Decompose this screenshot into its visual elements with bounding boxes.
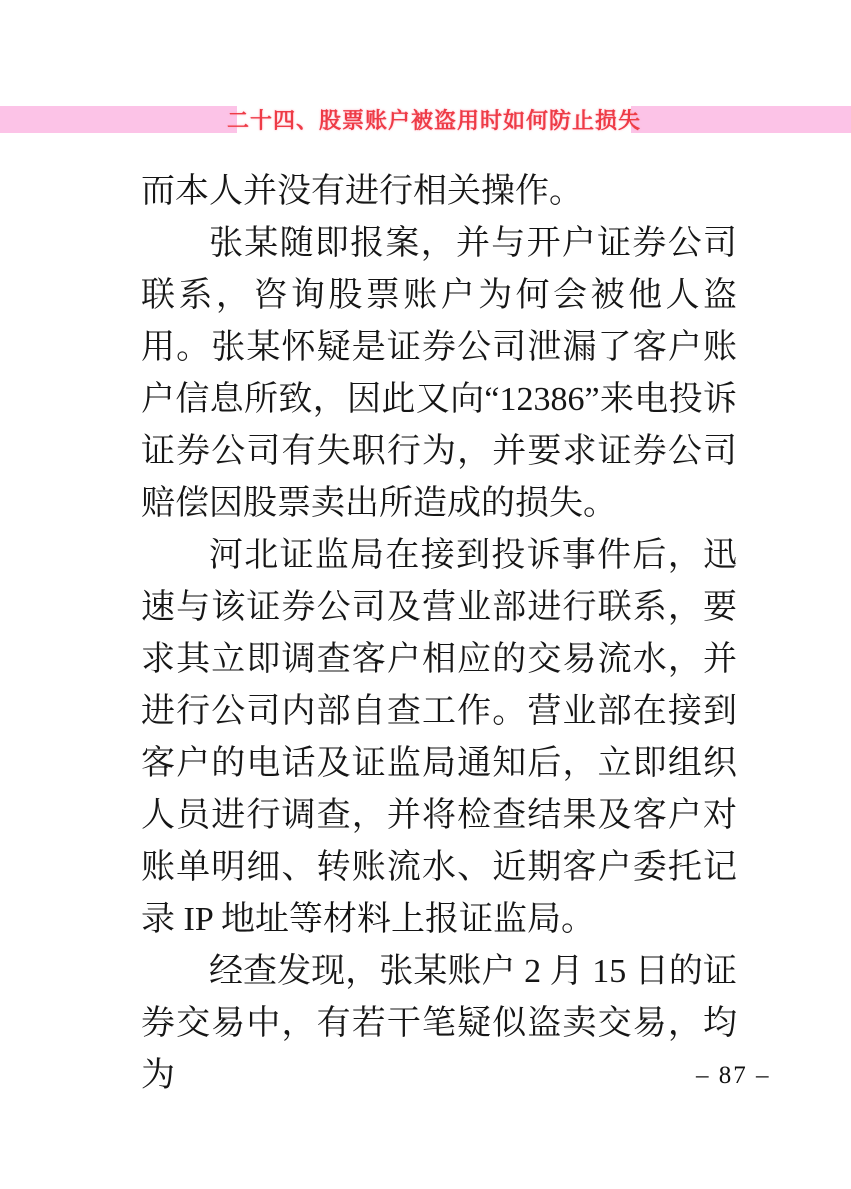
body-text: 而本人并没有进行相关操作。张某随即报案，并与开户证券公司联系，咨询股票账户为何会… [141, 166, 737, 1102]
paragraph: 张某随即报案，并与开户证券公司联系，咨询股票账户为何会被他人盗用。张某怀疑是证券… [141, 218, 737, 530]
paragraph: 河北证监局在接到投诉事件后，迅速与该证券公司及营业部进行联系，要求其立即调查客户… [141, 530, 737, 946]
paragraph: 而本人并没有进行相关操作。 [141, 166, 737, 218]
page-number: – 87 – [696, 1062, 786, 1090]
book-page: 二十四、股票账户被盗用时如何防止损失 而本人并没有进行相关操作。张某随即报案，并… [0, 0, 851, 1189]
paragraph: 经查发现，张某账户 2 月 15 日的证券交易中，有若干笔疑似盗卖交易，均为 [141, 946, 737, 1102]
chapter-title: 二十四、股票账户被盗用时如何防止损失 [227, 104, 641, 135]
header-title-box: 二十四、股票账户被盗用时如何防止损失 [237, 95, 631, 143]
